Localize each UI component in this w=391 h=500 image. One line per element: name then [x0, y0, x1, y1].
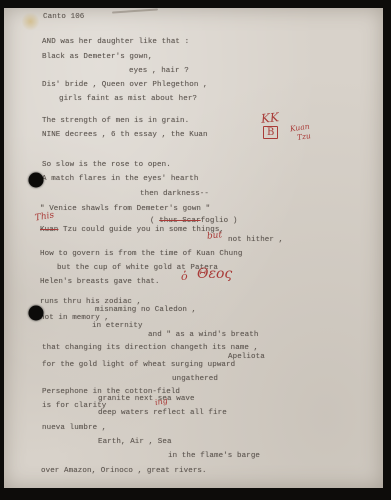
typed-text-segment: that changing its direction changeth its…	[42, 344, 258, 352]
typed-text-segment: Dis' bride , Queen over Phlegethon ,	[42, 81, 208, 89]
typed-text-segment: misnaming no Caledon ,	[95, 306, 196, 314]
typed-text-segment: but the cup of white gold at Patera	[57, 264, 218, 272]
typed-text-segment: Tzu could guide you in some things,	[58, 226, 224, 234]
typescript-line: Earth, Air , Sea	[98, 438, 172, 446]
typed-text-segment: girls faint as mist about her?	[59, 95, 197, 103]
typed-text-segment: not in memory ,	[40, 314, 109, 322]
typed-text-segment: ungathered	[172, 375, 218, 383]
typed-text-segment: for the gold light of wheat surging upwa…	[42, 361, 235, 369]
handwritten-greek-theos: Θεος	[197, 267, 232, 281]
typed-text-segment: then darkness--	[140, 190, 209, 198]
typed-text-segment: runs thru his zodiac ,	[40, 298, 141, 306]
typescript-line: runs thru his zodiac ,	[40, 298, 141, 306]
typed-text-segment: So slow is the rose to open.	[42, 161, 171, 169]
typed-text-segment: How to govern is from the time of Kuan C…	[40, 250, 242, 258]
typed-text-segment: NINE decrees , 6 th essay , the Kuan	[42, 131, 208, 139]
typescript-line: Kuan Tzu could guide you in some things,	[40, 226, 224, 234]
typed-text-segment: nueva lumbre ,	[42, 424, 106, 432]
handwritten-but-insertion: but	[207, 231, 223, 242]
typescript-line: NINE decrees , 6 th essay , the Kuan	[42, 131, 208, 139]
typed-text-segment: Black as Demeter's gown,	[42, 53, 152, 61]
typed-text-segment: in the flame's barge	[168, 452, 260, 460]
typed-text-segment: Helen's breasts gave that.	[40, 278, 160, 286]
typescript-line: that changing its direction changeth its…	[42, 344, 258, 352]
typescript-line: nueva lumbre ,	[42, 424, 106, 432]
typescript-line: The strength of men is in grain.	[42, 117, 189, 125]
scanned-photo-background: Canto 106 AND was her daughter like that…	[0, 0, 391, 500]
typescript-line: So slow is the rose to open.	[42, 161, 171, 169]
typescript-line: Helen's breasts gave that.	[40, 278, 160, 286]
typed-text-segment: " Venice shawls from Demeter's gown "	[40, 205, 210, 213]
typescript-line: eyes , hair ?	[129, 67, 189, 75]
typescript-line: misnaming no Caledon ,	[95, 306, 196, 314]
typed-text-segment: eyes , hair ?	[129, 67, 189, 75]
typed-text-segment: not hither ,	[228, 236, 283, 244]
typescript-line: granite next sea wave	[98, 395, 195, 403]
typescript-line: in eternity	[92, 322, 143, 330]
red-strikethrough-text: thus Scar	[159, 217, 200, 225]
typed-text-segment: foglio )	[201, 217, 238, 225]
typescript-line: " Venice shawls from Demeter's gown "	[40, 205, 210, 213]
typescript-line: over Amazon, Orinoco , great rivers.	[41, 467, 207, 475]
typescript-line: Apeliota	[228, 353, 265, 361]
typescript-line: How to govern is from the time of Kuan C…	[40, 250, 242, 258]
typed-text-segment: in eternity	[92, 322, 143, 330]
typescript-line: not hither ,	[228, 236, 283, 244]
page-title: Canto 106	[43, 13, 84, 21]
hole-punch	[29, 173, 44, 188]
typescript-line: Dis' bride , Queen over Phlegethon ,	[42, 81, 208, 89]
typed-text-segment: is for clarity	[42, 402, 106, 410]
typescript-line: AND was her daughter like that :	[42, 38, 189, 46]
hole-punch	[29, 306, 44, 321]
typed-text-segment: deep waters reflect all fire	[98, 409, 227, 417]
typescript-line: A match flares in the eyes' hearth	[42, 175, 198, 183]
typed-text-segment: The strength of men is in grain.	[42, 117, 189, 125]
typescript-line: Black as Demeter's gown,	[42, 53, 152, 61]
typescript-line: in the flame's barge	[168, 452, 260, 460]
typed-text-segment: Earth, Air , Sea	[98, 438, 172, 446]
typed-text-segment: A match flares in the eyes' hearth	[42, 175, 198, 183]
typescript-line: and " as a wind's breath	[148, 331, 258, 339]
typescript-line: ungathered	[172, 375, 218, 383]
typescript-line: but the cup of white gold at Patera	[57, 264, 218, 272]
typed-text-segment: (	[150, 217, 159, 225]
typescript-line: not in memory ,	[40, 314, 109, 322]
handwritten-kk-annotation: KK	[260, 111, 279, 125]
typescript-line: girls faint as mist about her?	[59, 95, 197, 103]
typed-text-segment: granite next sea wave	[98, 395, 195, 403]
typed-text-segment: AND was her daughter like that :	[42, 38, 189, 46]
paper-stain	[22, 12, 39, 31]
typed-text-segment: and " as a wind's breath	[148, 331, 258, 339]
red-strikethrough-text: Kuan	[40, 226, 58, 234]
typescript-line: for the gold light of wheat surging upwa…	[42, 361, 235, 369]
typescript-line: then darkness--	[140, 190, 209, 198]
typescript-line: is for clarity	[42, 402, 106, 410]
handwritten-greek-breathing-o: ὁ	[181, 271, 188, 282]
typescript-line: deep waters reflect all fire	[98, 409, 227, 417]
typed-text-segment: over Amazon, Orinoco , great rivers.	[41, 467, 207, 475]
typed-text-segment: Apeliota	[228, 353, 265, 361]
boxed-character-annotation: B	[263, 126, 278, 139]
handwritten-tzu-annotation: Tzu	[297, 132, 312, 141]
typescript-line: ( thus Scarfoglio )	[150, 217, 237, 225]
